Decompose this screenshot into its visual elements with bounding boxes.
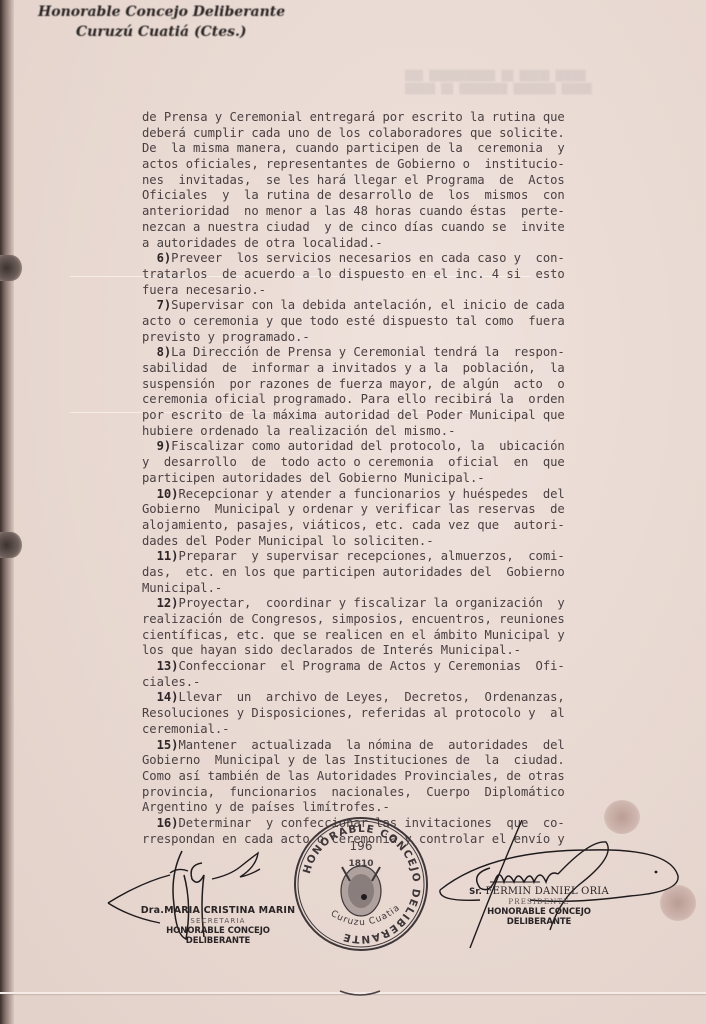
body-line: ceremonia oficial programado. Para ello …	[142, 392, 662, 408]
body-line: científicas, etc. que se realicen en el …	[142, 628, 662, 644]
numbered-clause-line: 10)Recepcionar y atender a funcionarios …	[142, 487, 662, 503]
president-prefix: Sr.	[469, 887, 482, 897]
body-line: anterioridad no menor a las 48 horas cua…	[142, 204, 662, 220]
body-line: deberá cumplir cada uno de los colaborad…	[142, 126, 662, 142]
body-line: previsto y programado.-	[142, 330, 662, 346]
handwritten-signature-icon	[430, 820, 706, 950]
punch-hole	[0, 532, 22, 558]
president-name: FERMIN DANIEL ORIA	[485, 886, 608, 897]
clause-number: 11)	[157, 549, 179, 563]
body-line: nes invitadas, se les hará llegar el Pro…	[142, 173, 662, 189]
document-body: de Prensa y Ceremonial entregará por esc…	[142, 110, 662, 847]
body-line: actos oficiales, representantes de Gobie…	[142, 157, 662, 173]
binding-edge	[0, 0, 14, 1024]
clause-number: 7)	[157, 298, 172, 312]
signature-block-president: Sr. FERMIN DANIEL ORIA PRESIDENTE HONORA…	[430, 820, 706, 950]
clause-number: 12)	[157, 596, 179, 610]
clause-number: 10)	[157, 487, 179, 501]
body-line: ceremonial.-	[142, 722, 662, 738]
seal-bleed-arc-icon	[338, 989, 382, 999]
document-page: Honorable Concejo Deliberante Curuzú Cua…	[0, 0, 706, 1024]
signature-block-secretary: Dra.MARIA CRISTINA MARIN SECRETARIA HONO…	[100, 845, 290, 945]
body-line: los que hayan sido declarados de Interés…	[142, 643, 662, 659]
numbered-clause-line: 7)Supervisar con la debida antelación, e…	[142, 298, 662, 314]
president-role: PRESIDENTE	[464, 898, 614, 906]
seal-number: 196	[292, 839, 430, 853]
body-line: dades del Poder Municipal lo soliciten.-	[142, 534, 662, 550]
numbered-clause-line: 15)Mantener actualizada la nómina de aut…	[142, 738, 662, 754]
body-line: suspensión por razones de fuerza mayor, …	[142, 377, 662, 393]
body-line: a autoridades de otra localidad.-	[142, 236, 662, 252]
body-line: tratarlos de acuerdo a lo dispuesto en e…	[142, 267, 662, 283]
numbered-clause-line: 14)Llevar un archivo de Leyes, Decretos,…	[142, 690, 662, 706]
president-org: HONORABLE CONCEJO DELIBERANTE	[464, 907, 614, 927]
clause-number: 16)	[157, 816, 179, 830]
body-line: das, etc. en los que participen autorida…	[142, 565, 662, 581]
numbered-clause-line: 9)Fiscalizar como autoridad del protocol…	[142, 439, 662, 455]
body-line: hubiere ordenado la realización del mism…	[142, 424, 662, 440]
letterhead-institution: Honorable Concejo Deliberante	[38, 2, 285, 22]
coffee-stain	[660, 885, 696, 921]
body-line: realización de Congresos, simposios, enc…	[142, 612, 662, 628]
bleed-through-text: ▒▒▒ ▒▒▒▒▒▒▒▒▒▒▒ ▒▒ ▒▒▒▒▒ ▒▒▒▒▒ ▒▒▒▒▒ ▒▒ …	[405, 70, 665, 96]
numbered-clause-line: 11)Preparar y supervisar recepciones, al…	[142, 549, 662, 565]
seal-emblem-icon: HONORABLE CONCEJO DELIBERANTE Curuzu Cua…	[292, 815, 430, 953]
numbered-clause-line: 8)La Dirección de Prensa y Ceremonial te…	[142, 345, 662, 361]
clause-number: 8)	[157, 345, 172, 359]
body-line: De la misma manera, cuando participen de…	[142, 141, 662, 157]
body-line: acto o ceremonia y que todo esté dispues…	[142, 314, 662, 330]
seal-year: 1810	[292, 859, 430, 869]
body-line: sabilidad de informar a invitados y a la…	[142, 361, 662, 377]
body-line: y desarrollo de todo acto o ceremonia of…	[142, 455, 662, 471]
body-line: por escrito de la máxima autoridad del P…	[142, 408, 662, 424]
official-seal: HONORABLE CONCEJO DELIBERANTE Curuzu Cua…	[292, 815, 430, 953]
letterhead-city: Curuzú Cuatiá (Ctes.)	[38, 22, 285, 42]
body-line: provincia, funcionarios nacionales, Cuer…	[142, 785, 662, 801]
body-line: ciales.-	[142, 675, 662, 691]
secretary-org: HONORABLE CONCEJO DELIBERANTE	[138, 926, 298, 946]
body-line: participen autoridades del Gobierno Muni…	[142, 471, 662, 487]
body-line: fuera necesario.-	[142, 283, 662, 299]
body-line: Gobierno Municipal y de las Institucione…	[142, 753, 662, 769]
body-line: de Prensa y Ceremonial entregará por esc…	[142, 110, 662, 126]
body-line: Argentino y de países limítrofes.-	[142, 800, 662, 816]
secretary-stamp: Dra.MARIA CRISTINA MARIN SECRETARIA HONO…	[138, 905, 298, 946]
president-stamp: Sr. FERMIN DANIEL ORIA PRESIDENTE HONORA…	[464, 886, 614, 927]
secretary-name: Dra.MARIA CRISTINA MARIN	[138, 905, 298, 916]
clause-number: 13)	[157, 659, 179, 673]
numbered-clause-line: 6)Preveer los servicios necesarios en ca…	[142, 251, 662, 267]
body-line: nezcan a nuestra ciudad y de cinco días …	[142, 220, 662, 236]
numbered-clause-line: 13)Confeccionar el Programa de Actos y C…	[142, 659, 662, 675]
secretary-role: SECRETARIA	[138, 917, 298, 925]
clause-number: 6)	[157, 251, 172, 265]
body-line: Oficiales y la rutina de desarrollo de l…	[142, 188, 662, 204]
body-line: alojamiento, pasajes, viáticos, etc. cad…	[142, 518, 662, 534]
clause-number: 14)	[157, 690, 179, 704]
body-line: Gobierno Municipal y ordenar y verificar…	[142, 502, 662, 518]
body-line: Resoluciones y Disposiciones, referidas …	[142, 706, 662, 722]
numbered-clause-line: 12)Proyectar, coordinar y fiscalizar la …	[142, 596, 662, 612]
body-line: Municipal.-	[142, 581, 662, 597]
coffee-stain	[604, 800, 640, 834]
body-line: Como así también de las Autoridades Prov…	[142, 769, 662, 785]
punch-hole	[0, 255, 22, 281]
clause-number: 15)	[157, 738, 179, 752]
letterhead: Honorable Concejo Deliberante Curuzú Cua…	[38, 2, 285, 42]
clause-number: 9)	[157, 439, 172, 453]
